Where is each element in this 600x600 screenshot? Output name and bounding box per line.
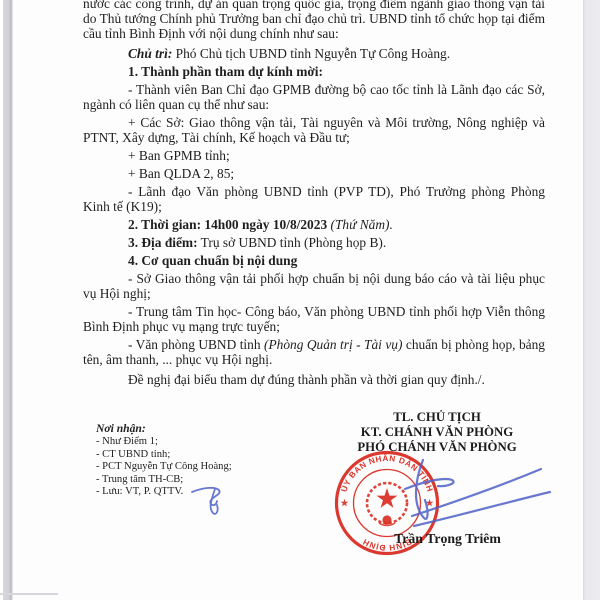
recipient-item: - CT UBND tỉnh; [96,449,232,461]
chair-line: Chủ trì: Phó Chủ tịch UBND tỉnh Nguyễn T… [83,46,545,61]
item-tinhoc: - Trung tâm Tin học- Công báo, Văn phòng… [83,304,545,334]
item-vanphong: - Văn phòng UBND tỉnh (Phòng Quản trị - … [83,337,545,367]
section1-heading: 1. Thành phần tham dự kính mời: [83,64,545,79]
item-leaders: - Lãnh đạo Văn phòng UBND tỉnh (PVP TD),… [83,184,545,214]
star-icon [341,499,349,507]
section3-label: 3. Địa điểm: [128,235,198,250]
scan-bottom-edge [0,593,58,595]
closing-paragraph: Đề nghị đại biểu tham dự đúng thành phần… [83,372,545,387]
signature-title-line1: TL. CHỦ TỊCH [337,410,537,425]
paraph-scribble [188,478,238,520]
scan-left-edge [0,0,13,600]
item-ban-qlda: + Ban QLDA 2, 85; [83,166,545,181]
item-ban-gpmb: + Ban GPMB tỉnh; [83,148,545,163]
item-vanphong-room: (Phòng Quản trị - Tài vụ) [264,337,402,352]
chair-text: Phó Chủ tịch UBND tỉnh Nguyễn Tự Công Ho… [172,46,450,61]
item-members: - Thành viên Ban Chỉ đạo GPMB đường bộ c… [83,82,545,112]
item-sgtvt: - Sở Giao thông vận tải phối hợp chuẩn b… [83,271,545,301]
item-vanphong-pre: - Văn phòng UBND tỉnh [128,337,264,352]
signature-title-line2: KT. CHÁNH VĂN PHÒNG [337,425,537,440]
recipient-item: - PCT Nguyễn Tự Công Hoàng; [96,461,232,473]
item-departments: + Các Sở: Giao thông vận tải, Tài nguyên… [83,115,545,145]
intro-paragraph: nước các công trình, dự án quan trọng qu… [83,0,545,41]
section4-heading: 4. Cơ quan chuẩn bị nội dung [83,253,545,268]
scan-right-edge [583,0,600,600]
signature-strokes [385,450,565,540]
section2-line: 2. Thời gian: 14h00 ngày 10/8/2023 (Thứ … [83,217,545,232]
chair-label: Chủ trì: [128,46,172,61]
section2-note: (Thứ Năm). [331,217,393,232]
document-body: nước các công trình, dự án quan trọng qu… [83,0,545,390]
section2-label: 2. Thời gian: 14h00 ngày 10/8/2023 [128,217,331,232]
recipients-title: Nơi nhận: [96,423,232,435]
section3-line: 3. Địa điểm: Trụ sở UBND tỉnh (Phòng họp… [83,235,545,250]
recipient-item: - Như Điểm 1; [96,436,232,448]
section3-text: Trụ sở UBND tỉnh (Phòng họp B). [198,235,387,250]
